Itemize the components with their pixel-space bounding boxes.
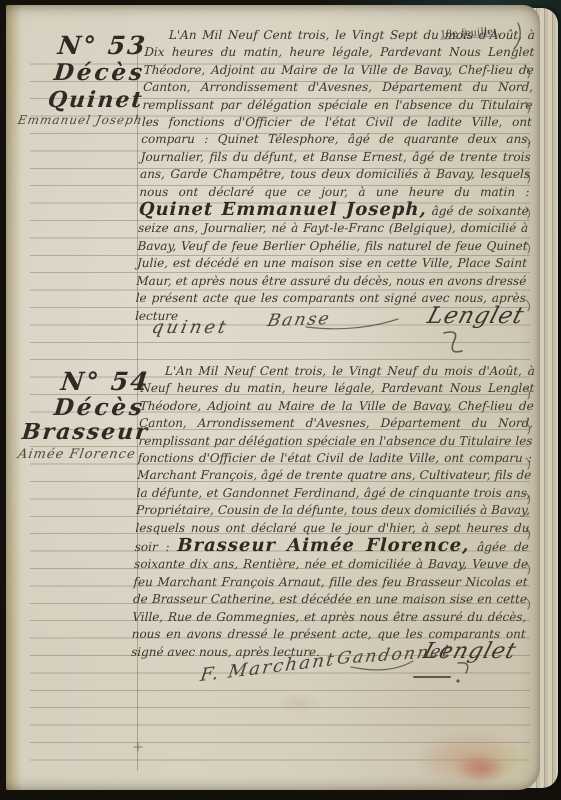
signature-declarant-quinet: quinet <box>150 317 231 338</box>
entry-54-given-names: Aimée Florence <box>17 447 137 462</box>
signature-declarant-banse: Banse <box>266 309 333 331</box>
act-text-opening: L'An Mil Neuf Cent trois, le Vingt Neuf … <box>135 364 536 554</box>
entry-53-surname: Quinet <box>47 87 145 113</box>
entry-54-surname: Brasseur <box>21 419 151 445</box>
deceased-name: Brasseur Aimée Florence, <box>177 535 470 556</box>
entry-54-number: N° 54 <box>59 367 151 396</box>
foxing-spot <box>276 693 322 713</box>
register-page: 18e feuillet. N° 53 Décès Quinet Emmanue… <box>6 5 540 790</box>
entry-54-act-text: L'An Mil Neuf Cent trois, le Vingt Neuf … <box>131 363 535 661</box>
entry-53-record-type: Décès <box>53 59 147 86</box>
act-text-opening: L'An Mil Neuf Cent trois, le Vingt Sept … <box>139 28 535 199</box>
entry-54-record-type: Décès <box>53 394 147 421</box>
entry-53-given-names: Emmanuel Joseph <box>17 113 144 127</box>
red-wax-stain <box>416 731 534 793</box>
entry-53-number: N° 53 <box>56 31 148 60</box>
signature-officer-lenglet: Lenglet <box>424 303 527 329</box>
register-photo: 18e feuillet. N° 53 Décès Quinet Emmanue… <box>0 0 561 800</box>
entry-53-act-text: L'An Mil Neuf Cent trois, le Vingt Sept … <box>135 27 535 325</box>
signature-officer-lenglet: Lenglet <box>420 639 519 664</box>
deceased-name: Quinet Emmanuel Joseph, <box>138 199 427 220</box>
